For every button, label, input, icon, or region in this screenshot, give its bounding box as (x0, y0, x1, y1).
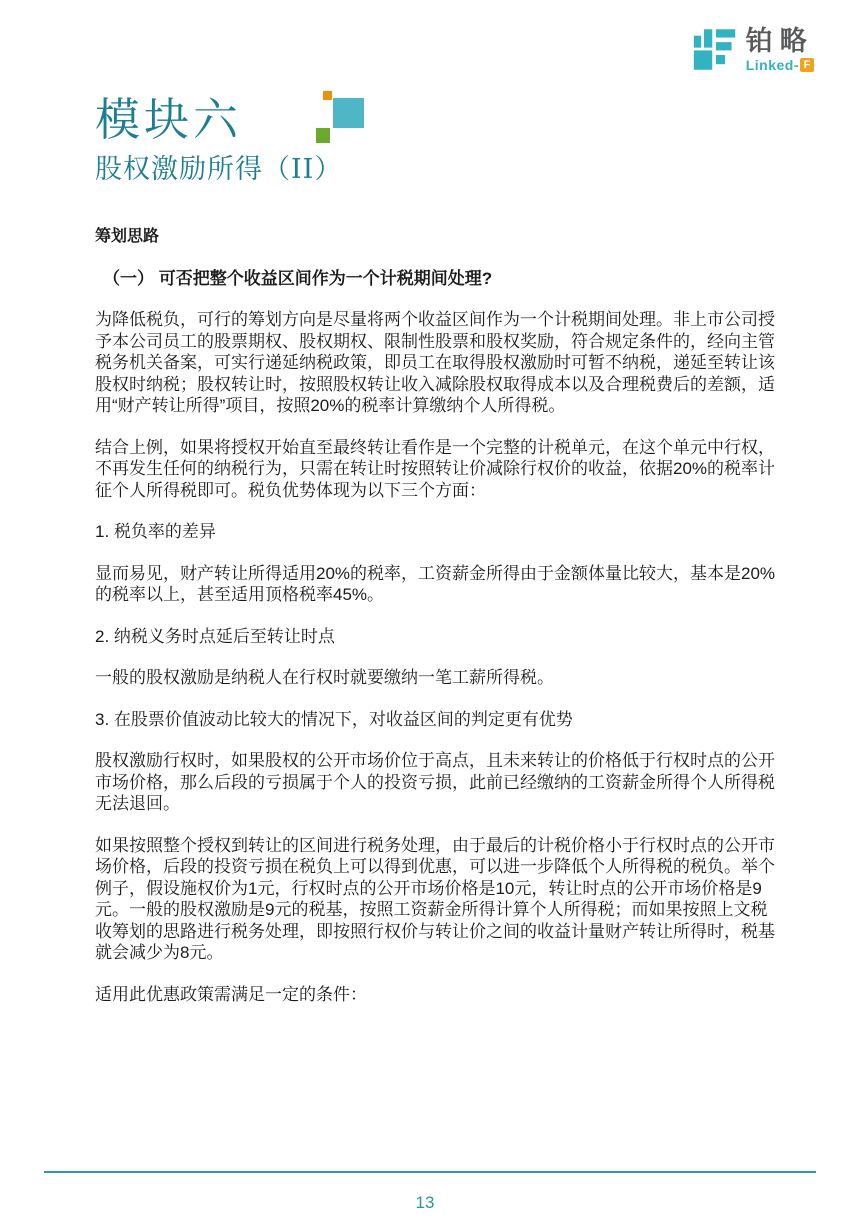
section-heading: 筹划思路 (95, 226, 779, 248)
subhead: 1. 税负率的差异 (95, 521, 779, 543)
question-heading: （一） 可否把整个收益区间作为一个计税期间处理? (95, 268, 779, 290)
subhead: 3. 在股票价值波动比较大的情况下，对收益区间的判定更有优势 (95, 709, 779, 731)
paragraph: 适用此优惠政策需满足一定的条件： (95, 984, 779, 1006)
footer-divider (44, 1171, 816, 1173)
paragraph: 一般的股权激励是纳税人在行权时就要缴纳一笔工薪所得税。 (95, 667, 779, 689)
paragraph: 为降低税负，可行的筹划方向是尽量将两个收益区间作为一个计税期间处理。非上市公司授… (95, 309, 779, 417)
brand-linked-prefix: Linked- (746, 57, 799, 73)
paragraph: 结合上例，如果将授权开始直至最终转让看作是一个完整的计税单元，在这个单元中行权，… (95, 437, 779, 502)
document-body: 筹划思路（一） 可否把整个收益区间作为一个计税期间处理?为降低税负，可行的筹划方… (95, 226, 779, 1025)
paragraph: 股权激励行权时，如果股权的公开市场价位于高点，且未来转让的价格低于行权时点的公开… (95, 750, 779, 815)
page-number: 13 (0, 1193, 850, 1213)
module-title: 模块六 (95, 92, 342, 148)
module-subtitle: 股权激励所得（II） (95, 152, 342, 188)
brand-logo: 铂略 Linked- F (692, 26, 814, 73)
brand-f-badge: F (800, 58, 814, 72)
subhead: 2. 纳税义务时点延后至转让时点 (95, 626, 779, 648)
brand-name-en: Linked- F (746, 57, 814, 73)
paragraph: 如果按照整个授权到转让的区间进行税务处理，由于最后的计税价格小于行权时点的公开市… (95, 835, 779, 964)
brand-name-cn: 铂略 (746, 26, 814, 56)
linked-f-logo-icon (692, 26, 738, 73)
title-block: 模块六 股权激励所得（II） (95, 92, 342, 188)
paragraph: 显而易见，财产转让所得适用20%的税率，工资薪金所得由于金额体量比较大，基本是2… (95, 563, 779, 606)
